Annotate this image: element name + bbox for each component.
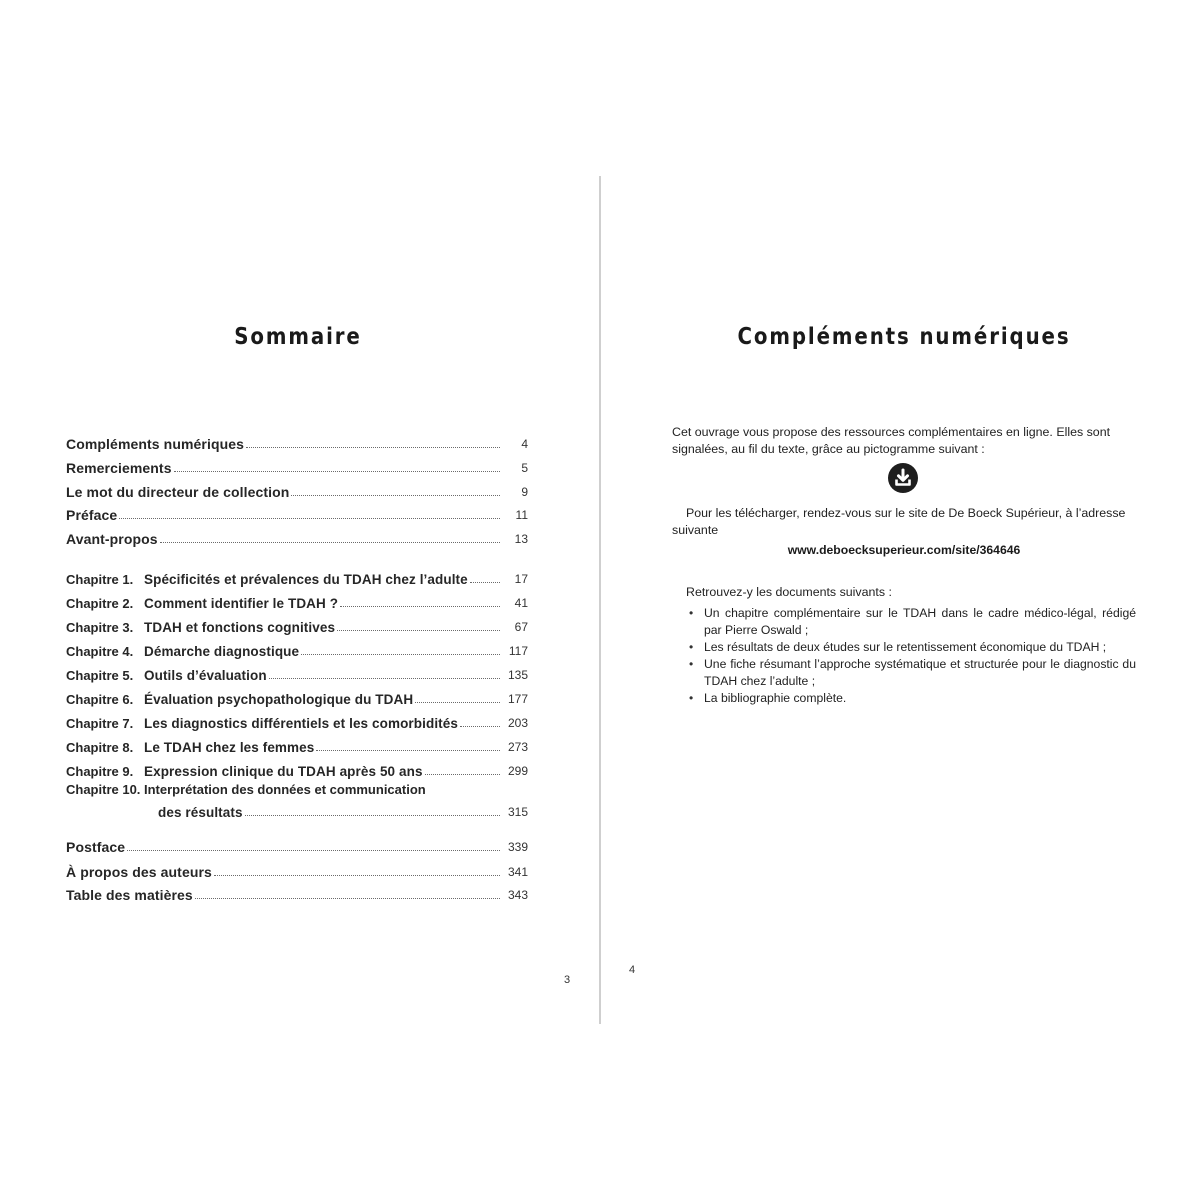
dot-leader [301, 654, 500, 655]
toc-entry-page: 17 [498, 572, 528, 586]
toc-entry-front-0[interactable]: Compléments numériques 4 [66, 432, 530, 452]
chapter-title: Les diagnostics différentiels et les com… [144, 716, 458, 731]
toc-entry-label: Préface [66, 507, 117, 523]
chapter-title: Expression clinique du TDAH après 50 ans [144, 764, 423, 779]
toc-entry-page: 315 [498, 805, 528, 819]
dot-leader [245, 815, 500, 816]
toc-entry-label: À propos des auteurs [66, 864, 212, 880]
toc-entry-page: 4 [498, 437, 528, 451]
chapter-title: Démarche diagnostique [144, 644, 299, 659]
chapter-number: Chapitre 1. [66, 572, 144, 587]
toc-entry-chapter-6[interactable]: Chapitre 6. Évaluation psychopathologiqu… [66, 687, 530, 707]
dot-leader [246, 447, 500, 448]
dot-leader [425, 774, 500, 775]
chapter-title: Outils d’évaluation [144, 668, 267, 683]
right-page: Compléments numériques Cet ouvrage vous … [600, 0, 1200, 1200]
dot-leader [214, 875, 500, 876]
chapter-title: Interprétation des données et communicat… [144, 782, 426, 797]
toc-entry-label: Postface [66, 839, 125, 855]
toc-entry-front-4[interactable]: Avant-propos 13 [66, 527, 530, 547]
dot-leader [269, 678, 500, 679]
chapter-heading-line: Chapitre 10.Interprétation des données e… [66, 782, 426, 797]
toc-entry-back-2[interactable]: Table des matières 343 [66, 883, 530, 903]
dot-leader [340, 606, 500, 607]
chapter-title: Comment identifier le TDAH ? [144, 596, 338, 611]
page-number: 3 [564, 974, 570, 986]
toc-entry-page: 11 [498, 508, 528, 522]
list-item: Les résultats de deux études sur le rete… [686, 639, 1136, 656]
toc-entry-back-0[interactable]: Postface 339 [66, 835, 530, 855]
toc-entry-label: Remerciements [66, 460, 172, 476]
toc-entry-label: Le mot du directeur de collection [66, 484, 289, 500]
dot-leader [119, 518, 500, 519]
website-link[interactable]: www.deboecksuperieur.com/site/364646 [672, 543, 1136, 557]
toc-entry-page: 203 [498, 716, 528, 730]
chapter-number: Chapitre 2. [66, 596, 144, 611]
dot-leader [291, 495, 500, 496]
dot-leader [316, 750, 500, 751]
toc-entry-chapter-3[interactable]: Chapitre 3. TDAH et fonctions cognitives… [66, 615, 530, 635]
page-number: 4 [629, 964, 635, 976]
toc-entry-page: 67 [498, 620, 528, 634]
toc-entry-chapter-7[interactable]: Chapitre 7. Les diagnostics différentiel… [66, 711, 530, 731]
dot-leader [127, 850, 500, 851]
toc-entry-page: 9 [498, 485, 528, 499]
chapter-number: Chapitre 6. [66, 692, 144, 707]
dot-leader [160, 542, 500, 543]
toc-entry-page: 341 [498, 865, 528, 879]
download-icon [888, 463, 918, 493]
toc-entry-front-2[interactable]: Le mot du directeur de collection 9 [66, 480, 530, 500]
toc-entry-chapter-8[interactable]: Chapitre 8. Le TDAH chez les femmes 273 [66, 735, 530, 755]
list-item: Un chapitre complémentaire sur le TDAH d… [686, 605, 1136, 639]
toc-entry-label: Table des matières [66, 887, 193, 903]
download-instructions: Pour les télécharger, rendez-vous sur le… [672, 505, 1136, 539]
toc-entry-chapter-10[interactable]: Chapitre 10.Interprétation des données e… [66, 782, 530, 820]
toc-entry-chapter-2[interactable]: Chapitre 2. Comment identifier le TDAH ?… [66, 591, 530, 611]
chapter-title-continued: des résultats [158, 805, 243, 820]
list-item: La bibliographie complète. [686, 690, 1136, 707]
chapter-title: Évaluation psychopathologique du TDAH [144, 692, 413, 707]
page-title: Compléments numériques [646, 324, 1162, 350]
chapter-title-continued-line: des résultats [158, 805, 500, 820]
chapter-title: Le TDAH chez les femmes [144, 740, 314, 755]
toc-entry-chapter-9[interactable]: Chapitre 9. Expression clinique du TDAH … [66, 759, 530, 779]
dot-leader [337, 630, 500, 631]
toc-entry-page: 13 [498, 532, 528, 546]
chapter-number: Chapitre 5. [66, 668, 144, 683]
toc-entry-chapter-1[interactable]: Chapitre 1. Spécificités et prévalences … [66, 567, 530, 587]
toc-entry-page: 135 [498, 668, 528, 682]
toc-entry-page: 117 [498, 644, 528, 658]
dot-leader [415, 702, 500, 703]
chapter-title: Spécificités et prévalences du TDAH chez… [144, 572, 468, 587]
toc-entry-page: 41 [498, 596, 528, 610]
list-item: Une fiche résumant l’approche systématiq… [686, 656, 1136, 690]
toc-entry-front-3[interactable]: Préface 11 [66, 503, 530, 523]
toc-entry-page: 299 [498, 764, 528, 778]
toc-entry-page: 273 [498, 740, 528, 754]
chapter-title: TDAH et fonctions cognitives [144, 620, 335, 635]
chapter-number: Chapitre 8. [66, 740, 144, 755]
chapter-number: Chapitre 9. [66, 764, 144, 779]
toc-entry-page: 339 [498, 840, 528, 854]
toc-entry-page: 177 [498, 692, 528, 706]
toc-entry-label: Compléments numériques [66, 436, 244, 452]
dot-leader [195, 898, 500, 899]
toc-entry-front-1[interactable]: Remerciements 5 [66, 456, 530, 476]
documents-list: Un chapitre complémentaire sur le TDAH d… [686, 605, 1136, 707]
chapter-number: Chapitre 3. [66, 620, 144, 635]
chapter-number: Chapitre 7. [66, 716, 144, 731]
toc-entry-page: 5 [498, 461, 528, 475]
left-page: Sommaire Compléments numériques 4 Remerc… [0, 0, 600, 1200]
chapter-number: Chapitre 4. [66, 644, 144, 659]
toc-entry-chapter-4[interactable]: Chapitre 4. Démarche diagnostique 117 [66, 639, 530, 659]
dot-leader [174, 471, 500, 472]
toc-entry-chapter-5[interactable]: Chapitre 5. Outils d’évaluation 135 [66, 663, 530, 683]
toc-entry-page: 343 [498, 888, 528, 902]
documents-intro: Retrouvez-y les documents suivants : [686, 584, 1136, 601]
chapter-number: Chapitre 10. [66, 782, 144, 797]
toc-entry-label: Avant-propos [66, 531, 158, 547]
dot-leader [460, 726, 500, 727]
toc-entry-back-1[interactable]: À propos des auteurs 341 [66, 860, 530, 880]
page-title: Sommaire [40, 324, 556, 350]
intro-paragraph: Cet ouvrage vous propose des ressources … [672, 424, 1136, 458]
dot-leader [470, 582, 500, 583]
